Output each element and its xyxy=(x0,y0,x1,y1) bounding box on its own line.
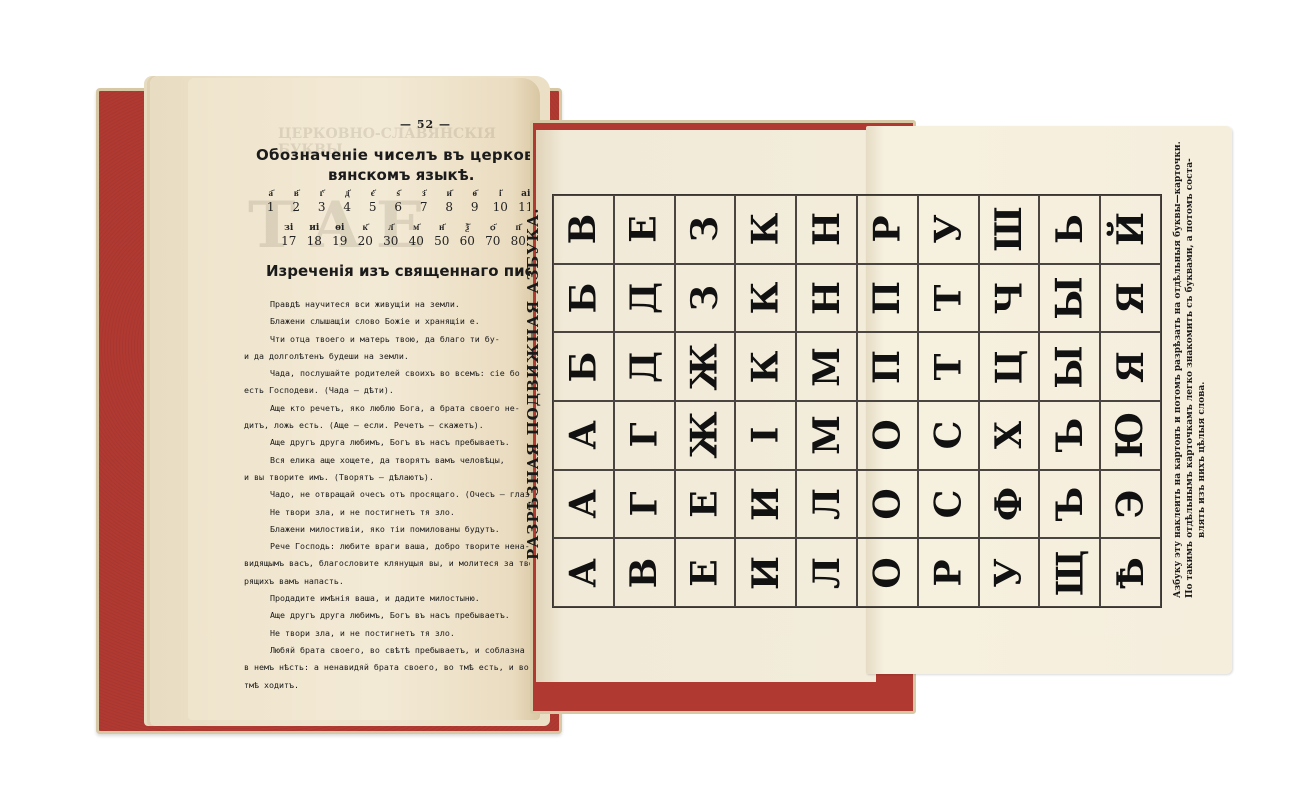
numerals-row-1: а҃1 в҃2 г҃3 д҃4 є҃5 ѕ҃6 з҃7 и҃8 ѳ҃9 і҃10… xyxy=(258,190,540,213)
saying-line: Правдѣ научитеся вси живущіи на земли. xyxy=(258,296,540,313)
numeral: н҃50 xyxy=(429,224,455,247)
numeral: в҃2 xyxy=(284,190,310,213)
saying-line: Вся елика аще хощете, да творятъ вамъ че… xyxy=(258,452,540,469)
alphabet-card: Ж xyxy=(675,332,736,401)
alphabet-card: Г xyxy=(614,401,675,470)
saying-line: Чти отца твоего и матерь твою, да благо … xyxy=(258,331,540,348)
saying-line: в немъ нѣсть: а ненавидяй брата своего, … xyxy=(244,659,540,676)
saying-line: Не твори зла, и не постигнетъ тя зло. xyxy=(258,625,540,642)
saying-line: Не твори зла, и не постигнетъ тя зло. xyxy=(258,504,540,521)
alphabet-card: Б xyxy=(553,332,614,401)
alphabet-card: Э xyxy=(1100,470,1161,539)
alphabet-card: Я xyxy=(1100,332,1161,401)
saying-line: Аще другъ друга любимъ, Богъ въ насъ пре… xyxy=(258,607,540,624)
alphabet-card: Ф xyxy=(979,470,1040,539)
alphabet-card: Ы xyxy=(1039,264,1100,333)
numeral: з҃7 xyxy=(411,190,437,213)
alphabet-card: Д xyxy=(614,264,675,333)
numeral: м҃40 xyxy=(404,224,430,247)
alphabet-card: Х xyxy=(979,401,1040,470)
alphabet-card: Ч xyxy=(979,264,1040,333)
numbers-heading: Обозначеніе чиселъ въ церковно-сла- xyxy=(256,146,540,164)
saying-line: Любяй брата своего, во свѣтѣ пребываетъ,… xyxy=(258,642,540,659)
saying-line: Рече Господь: любите враги ваша, добро т… xyxy=(258,538,540,555)
left-page: ЦЕРКОВНО-СЛАВЯНСКІЯ БУКВЫ. ТАЕ — 52 — Об… xyxy=(188,78,540,720)
alphabet-card: Б xyxy=(553,264,614,333)
alphabet-card: Ь xyxy=(1039,195,1100,264)
alphabet-card: И xyxy=(735,470,796,539)
alphabet-card: О xyxy=(857,470,918,539)
alphabet-card: А xyxy=(553,401,614,470)
alphabet-card: З xyxy=(675,264,736,333)
numeral: ѕ҃6 xyxy=(386,190,412,213)
numerals-row-2: зі17 иі18 ѳі19 к҃20 л҃30 м҃40 н҃50 ѯ҃60 … xyxy=(276,224,540,247)
alphabet-card: В xyxy=(553,195,614,264)
saying-line: Блажени слышащіи слово Божіе и хранящіи … xyxy=(258,313,540,330)
saying-line: Чадо, не отвращай очесъ отъ просящаго. (… xyxy=(258,486,540,503)
numeral: а҃1 xyxy=(258,190,284,213)
alphabet-card: Ц xyxy=(979,332,1040,401)
caption-line: Азбуку эту наклеить на картонъ и потомъ … xyxy=(1172,178,1184,598)
alphabet-card: Т xyxy=(918,264,979,333)
numeral: г҃3 xyxy=(309,190,335,213)
alphabet-card: Р xyxy=(857,195,918,264)
alphabet-card: Н xyxy=(796,195,857,264)
alphabet-card: А xyxy=(553,538,614,607)
alphabet-card: К xyxy=(735,195,796,264)
alphabet-card: Я xyxy=(1100,264,1161,333)
numeral: иі18 xyxy=(302,224,328,247)
saying-line: Аще кто речетъ, яко люблю Бога, а брата … xyxy=(258,400,540,417)
alphabet-card: Е xyxy=(675,470,736,539)
alphabet-card: Л xyxy=(796,538,857,607)
alphabet-card: Г xyxy=(614,470,675,539)
alphabet-card: В xyxy=(614,538,675,607)
alphabet-card: И xyxy=(735,538,796,607)
instruction-caption: Азбуку эту наклеить на картонъ и потомъ … xyxy=(1172,178,1208,598)
numeral: д҃4 xyxy=(335,190,361,213)
alphabet-card: Й xyxy=(1100,195,1161,264)
saying-line: дитъ, ложь есть. (Аще — если. Речетъ — с… xyxy=(244,417,540,434)
saying-line: Чада, послушайте родителей своихъ во все… xyxy=(258,365,540,382)
alphabet-card: У xyxy=(918,195,979,264)
numeral: к҃20 xyxy=(353,224,379,247)
numeral: є҃5 xyxy=(360,190,386,213)
alphabet-vertical-title: РАЗРѢЗНАЯ ПОДВИЖНАЯ АЗБУКА. xyxy=(524,207,542,560)
alphabet-card: С xyxy=(918,401,979,470)
alphabet-card: О xyxy=(857,538,918,607)
numeral: и҃8 xyxy=(437,190,463,213)
saying-line: Продадите имѣнія ваша, и дадите милостын… xyxy=(258,590,540,607)
saying-line: видящымъ васъ, благословите клянущыя вы,… xyxy=(244,555,540,572)
numeral: і҃10 xyxy=(488,190,514,213)
alphabet-card: Д xyxy=(614,332,675,401)
alphabet-card: А xyxy=(553,470,614,539)
alphabet-card: О xyxy=(857,401,918,470)
numbers-heading-cont: вянскомъ языкѣ. xyxy=(328,166,474,184)
alphabet-card: Ѣ xyxy=(1100,538,1161,607)
alphabet-card: Р xyxy=(918,538,979,607)
saying-line: и да долголѣтенъ будеши на земли. xyxy=(244,348,540,365)
alphabet-card: К xyxy=(735,264,796,333)
alphabet-card: Е xyxy=(675,538,736,607)
numeral: зі17 xyxy=(276,224,302,247)
alphabet-card: Щ xyxy=(1039,538,1100,607)
alphabet-card: Т xyxy=(918,332,979,401)
alphabet-card: Ъ xyxy=(1039,401,1100,470)
saying-line: тмѣ ходитъ. xyxy=(244,677,540,694)
caption-line: влять изъ нихъ цѣлыя слова. xyxy=(1196,178,1208,598)
sayings-list: Правдѣ научитеся вси живущіи на земли. Б… xyxy=(258,296,540,694)
alphabet-card: К xyxy=(735,332,796,401)
numeral: ѳі19 xyxy=(327,224,353,247)
sayings-heading: Изреченія изъ священнаго писанія. xyxy=(266,262,540,280)
numeral: ѻ҃70 xyxy=(480,224,506,247)
saying-line: и вы творите имъ. (Творятъ — дѣлаютъ). xyxy=(244,469,540,486)
alphabet-card: І xyxy=(735,401,796,470)
caption-line: По такимъ отдѣльнымъ карточкамъ легко зн… xyxy=(1184,178,1196,598)
alphabet-card: Л xyxy=(796,470,857,539)
alphabet-card: Ъ xyxy=(1039,470,1100,539)
alphabet-card: П xyxy=(857,332,918,401)
numeral: ѯ҃60 xyxy=(455,224,481,247)
alphabet-card: Ю xyxy=(1100,401,1161,470)
alphabet-card: Е xyxy=(614,195,675,264)
alphabet-card: Ж xyxy=(675,401,736,470)
alphabet-card: М xyxy=(796,332,857,401)
alphabet-card: С xyxy=(918,470,979,539)
saying-line: Блажени милостивіи, яко тіи помилованы б… xyxy=(258,521,540,538)
numeral: л҃30 xyxy=(378,224,404,247)
alphabet-card: Н xyxy=(796,264,857,333)
numeral: ѳ҃9 xyxy=(462,190,488,213)
alphabet-card: П xyxy=(857,264,918,333)
alphabet-card: У xyxy=(979,538,1040,607)
alphabet-card: З xyxy=(675,195,736,264)
alphabet-card: Ы xyxy=(1039,332,1100,401)
alphabet-grid: В Е З К Н Р У Ш Ь Й Б Д З К Н П Т Ч Ы Я … xyxy=(552,194,1162,608)
saying-line: Аще другъ друга любимъ, Богъ въ насъ пре… xyxy=(258,434,540,451)
page-number: — 52 — xyxy=(400,118,451,131)
saying-line: рящихъ вамъ напасть. xyxy=(244,573,540,590)
alphabet-card: М xyxy=(796,401,857,470)
alphabet-card: Ш xyxy=(979,195,1040,264)
saying-line: есть Господеви. (Чада — дѣти). xyxy=(244,382,540,399)
